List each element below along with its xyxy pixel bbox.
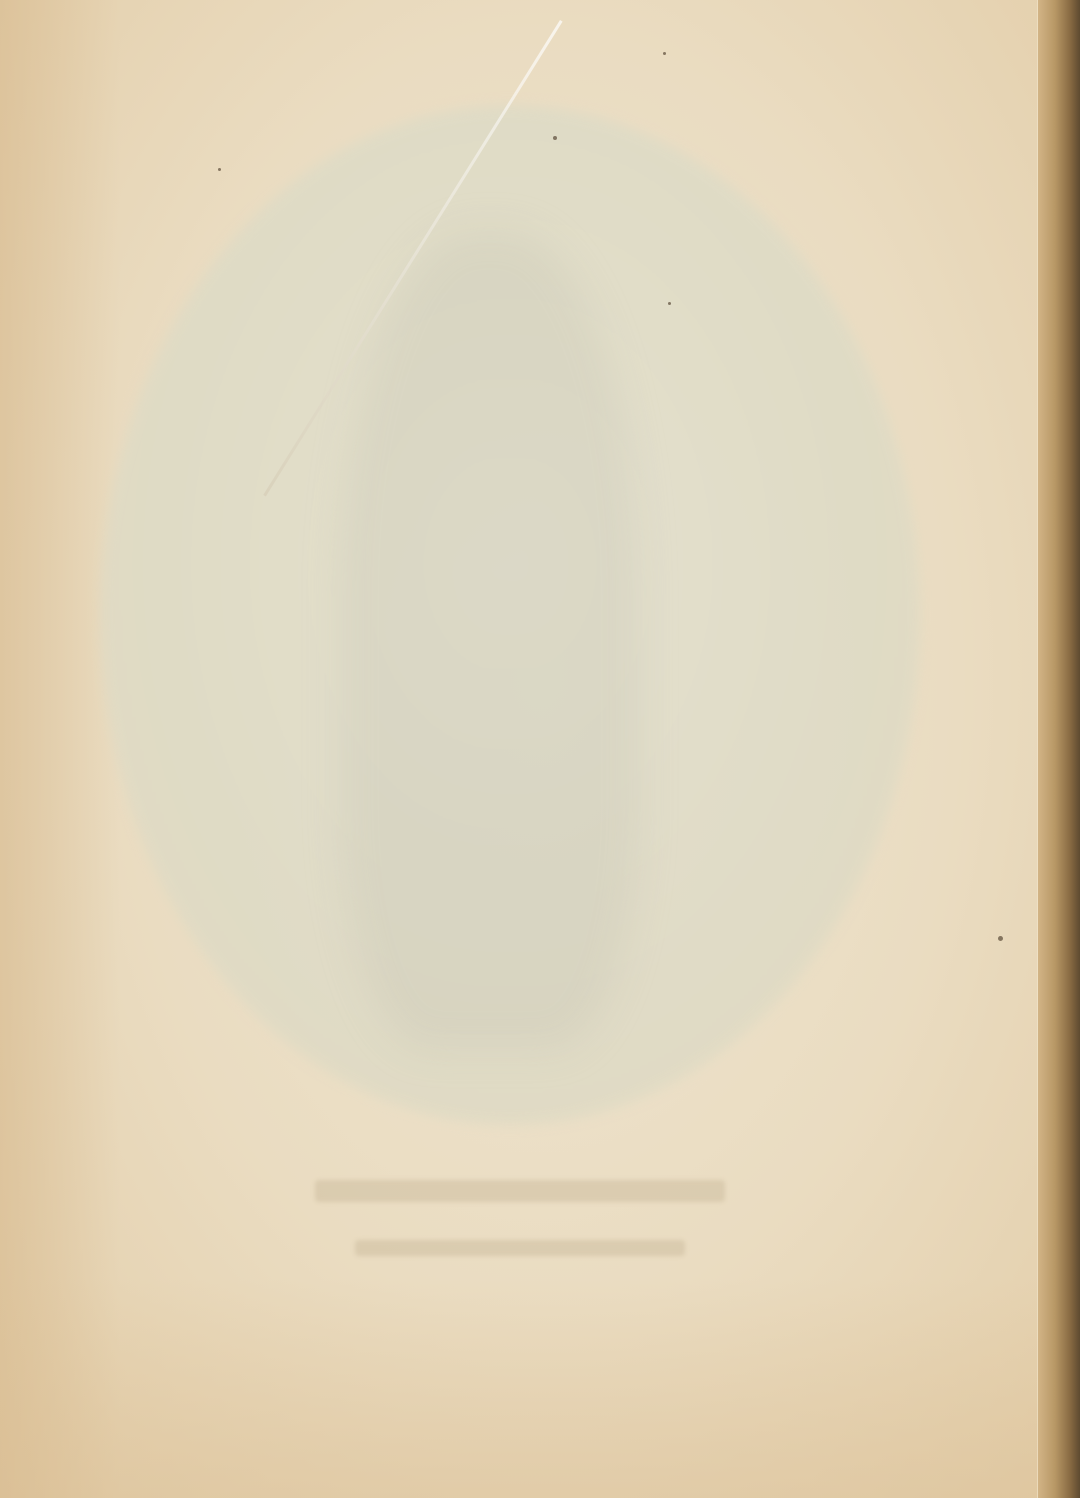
page-bottom-shadow — [0, 1278, 1080, 1498]
scanned-page — [0, 0, 1080, 1498]
portrait-figure-silhouette — [340, 230, 640, 1050]
paper-speck — [998, 936, 1003, 941]
caption-line-2 — [0, 1240, 1040, 1260]
paper-speck — [663, 52, 666, 55]
paper-speck — [218, 168, 221, 171]
page-edge-shadow — [0, 0, 120, 1498]
paper-speck — [553, 136, 557, 140]
book-spine-shadow — [1038, 0, 1080, 1498]
paper-speck — [668, 302, 671, 305]
caption-text-illegible — [315, 1180, 725, 1202]
caption-subtext-illegible — [355, 1240, 685, 1256]
caption-line-1 — [0, 1180, 1040, 1206]
